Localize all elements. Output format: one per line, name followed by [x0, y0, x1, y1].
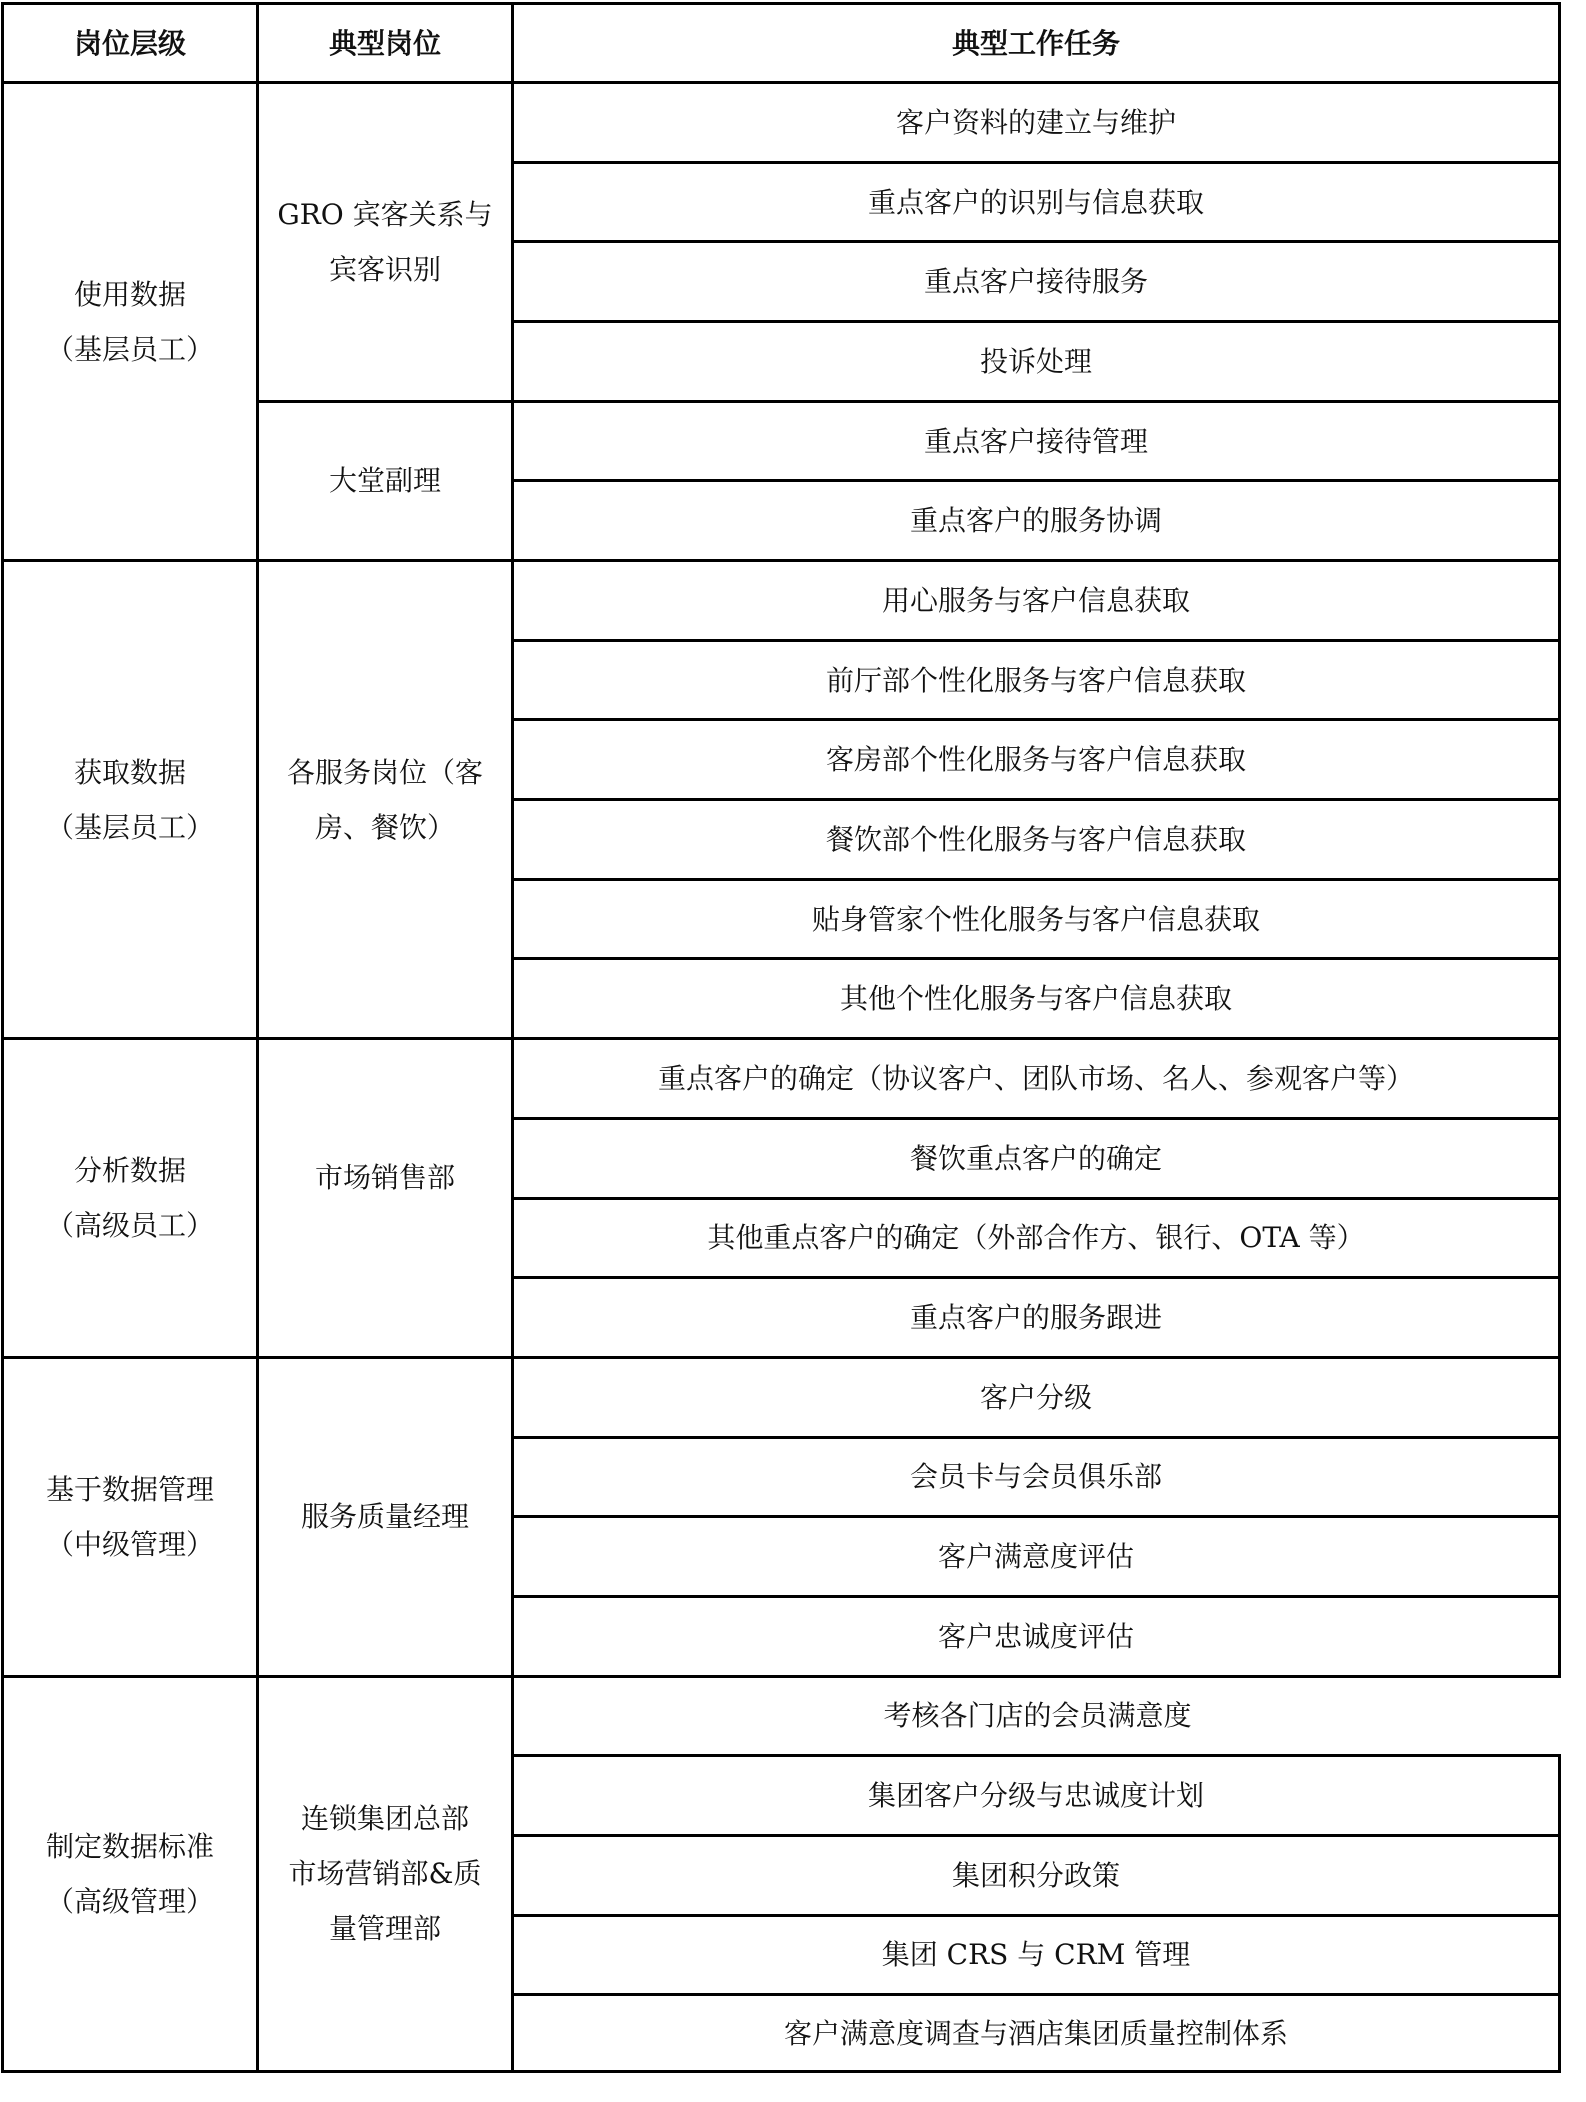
task-cell: 集团积分政策: [511, 1834, 1561, 1914]
task-cell-text: 投诉处理: [980, 334, 1092, 389]
task-cell-text: 用心服务与客户信息获取: [882, 573, 1190, 628]
level-cell-text: 基于数据管理 （中级管理）: [46, 1462, 214, 1572]
task-cell-text: 餐饮部个性化服务与客户信息获取: [826, 812, 1246, 867]
task-cell-text: 客户忠诚度评估: [938, 1609, 1134, 1664]
task-cell-text: 集团 CRS 与 CRM 管理: [882, 1927, 1190, 1982]
task-cell: 重点客户的识别与信息获取: [511, 161, 1561, 241]
task-cell-text: 客户满意度调查与酒店集团质量控制体系: [784, 2006, 1288, 2061]
task-cell: 前厅部个性化服务与客户信息获取: [511, 639, 1561, 719]
level-cell: 基于数据管理 （中级管理）: [1, 1356, 256, 1675]
position-cell: 大堂副理: [256, 400, 511, 559]
position-cell: 各服务岗位（客 房、餐饮）: [256, 559, 511, 1037]
task-cell: 重点客户接待服务: [511, 240, 1561, 320]
task-cell: 集团客户分级与忠诚度计划: [511, 1754, 1561, 1834]
level-cell: 使用数据 （基层员工）: [1, 81, 256, 559]
task-cell: 其他重点客户的确定（外部合作方、银行、OTA 等）: [511, 1197, 1561, 1277]
position-cell-text: 大堂副理: [329, 453, 441, 508]
task-cell-text: 重点客户接待服务: [924, 254, 1148, 309]
level-cell-text: 使用数据 （基层员工）: [46, 267, 214, 377]
task-cell: 投诉处理: [511, 320, 1561, 400]
task-cell-text: 客户资料的建立与维护: [896, 95, 1176, 150]
header-level-text: 岗位层级: [74, 16, 186, 71]
header-level: 岗位层级: [1, 2, 256, 81]
position-cell: GRO 宾客关系与 宾客识别: [256, 81, 511, 400]
task-cell: 重点客户接待管理: [511, 400, 1561, 480]
task-cell-text: 重点客户的服务跟进: [910, 1290, 1162, 1345]
task-cell-text: 集团积分政策: [952, 1848, 1120, 1903]
level-cell-text: 制定数据标准 （高级管理）: [46, 1819, 214, 1929]
level-cell: 分析数据 （高级员工）: [1, 1037, 256, 1356]
header-tasks: 典型工作任务: [511, 2, 1561, 81]
task-cell: 重点客户的服务协调: [511, 479, 1561, 559]
task-cell: 客户分级: [511, 1356, 1561, 1436]
task-cell-text: 重点客户的识别与信息获取: [868, 175, 1204, 230]
task-cell: 重点客户的服务跟进: [511, 1276, 1561, 1356]
header-position-text: 典型岗位: [329, 16, 441, 71]
level-cell: 获取数据 （基层员工）: [1, 559, 256, 1037]
task-cell: 集团 CRS 与 CRM 管理: [511, 1914, 1561, 1994]
task-cell-text: 考核各门店的会员满意度: [883, 1688, 1191, 1743]
task-cell: 客户满意度调查与酒店集团质量控制体系: [511, 1993, 1561, 2073]
level-cell: 制定数据标准 （高级管理）: [1, 1675, 256, 2073]
task-cell-text: 集团客户分级与忠诚度计划: [868, 1768, 1204, 1823]
job-task-table: 岗位层级典型岗位典型工作任务使用数据 （基层员工）GRO 宾客关系与 宾客识别客…: [1, 2, 1561, 2073]
task-cell: 客户忠诚度评估: [511, 1595, 1561, 1675]
task-cell: 贴身管家个性化服务与客户信息获取: [511, 878, 1561, 958]
task-cell: 用心服务与客户信息获取: [511, 559, 1561, 639]
task-cell-text: 前厅部个性化服务与客户信息获取: [826, 653, 1246, 708]
task-cell-text: 其他个性化服务与客户信息获取: [840, 971, 1232, 1026]
position-cell: 服务质量经理: [256, 1356, 511, 1675]
position-cell-text: 市场销售部: [315, 1150, 455, 1205]
task-cell: 其他个性化服务与客户信息获取: [511, 957, 1561, 1037]
task-cell-text: 客户分级: [980, 1370, 1092, 1425]
task-cell: 考核各门店的会员满意度: [511, 1675, 1561, 1755]
position-cell: 连锁集团总部 市场营销部&质 量管理部: [256, 1675, 511, 2073]
task-cell-text: 餐饮重点客户的确定: [910, 1131, 1162, 1186]
task-cell-text: 其他重点客户的确定（外部合作方、银行、OTA 等）: [707, 1210, 1364, 1265]
task-cell-text: 客户满意度评估: [938, 1529, 1134, 1584]
position-cell-text: GRO 宾客关系与 宾客识别: [277, 187, 492, 297]
level-cell-text: 获取数据 （基层员工）: [46, 745, 214, 855]
task-cell: 重点客户的确定（协议客户、团队市场、名人、参观客户等）: [511, 1037, 1561, 1117]
position-cell-text: 连锁集团总部 市场营销部&质 量管理部: [289, 1791, 482, 1956]
task-cell-text: 重点客户的服务协调: [910, 493, 1162, 548]
task-cell-text: 客房部个性化服务与客户信息获取: [826, 732, 1246, 787]
position-cell: 市场销售部: [256, 1037, 511, 1356]
task-cell: 餐饮部个性化服务与客户信息获取: [511, 798, 1561, 878]
task-cell-text: 会员卡与会员俱乐部: [910, 1449, 1162, 1504]
position-cell-text: 各服务岗位（客 房、餐饮）: [287, 745, 483, 855]
header-position: 典型岗位: [256, 2, 511, 81]
task-cell-text: 重点客户接待管理: [924, 414, 1148, 469]
level-cell-text: 分析数据 （高级员工）: [46, 1143, 214, 1253]
position-cell-text: 服务质量经理: [301, 1489, 469, 1544]
task-cell: 客房部个性化服务与客户信息获取: [511, 718, 1561, 798]
task-cell: 客户满意度评估: [511, 1515, 1561, 1595]
task-cell-text: 重点客户的确定（协议客户、团队市场、名人、参观客户等）: [658, 1051, 1414, 1106]
task-cell-text: 贴身管家个性化服务与客户信息获取: [812, 892, 1260, 947]
task-cell: 餐饮重点客户的确定: [511, 1117, 1561, 1197]
task-cell: 会员卡与会员俱乐部: [511, 1436, 1561, 1516]
header-tasks-text: 典型工作任务: [952, 16, 1120, 71]
task-cell: 客户资料的建立与维护: [511, 81, 1561, 161]
